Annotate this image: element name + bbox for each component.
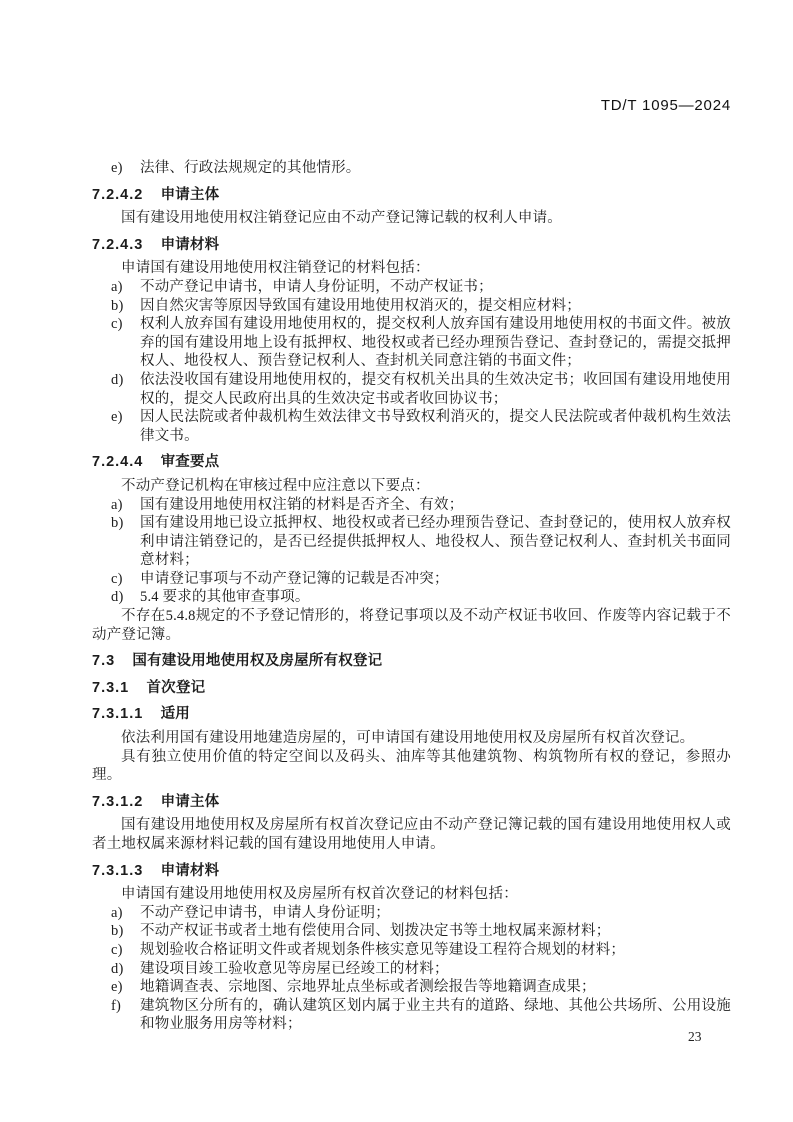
- list-item: a) 不动产登记申请书，申请人身份证明；: [92, 904, 731, 923]
- section-number: 7.3.1.3: [92, 863, 143, 879]
- list-item: a) 国有建设用地使用权注销的材料是否齐全、有效；: [92, 496, 731, 515]
- section-number: 7.2.4.2: [92, 187, 143, 203]
- list-item: c) 规划验收合格证明文件或者规划条件核实意见等建设工程符合规划的材料；: [92, 941, 731, 960]
- section-title: 申请主体: [161, 794, 220, 810]
- list-item-label: c): [111, 315, 123, 334]
- list-item-text: 规划验收合格证明文件或者规划条件核实意见等建设工程符合规划的材料；: [140, 942, 625, 958]
- section-heading-7-2-4-2: 7.2.4.2 申请主体: [92, 186, 731, 205]
- list-item-text: 因人民法院或者仲裁机构生效法律文书导致权利消灭的，提交人民法院或者仲裁机构生效法…: [140, 409, 731, 444]
- list-item: c) 权利人放弃国有建设用地使用权的，提交权利人放弃国有建设用地使用权的书面文件…: [92, 315, 731, 371]
- section-title: 申请材料: [161, 237, 220, 253]
- paragraph: 申请国有建设用地使用权及房屋所有权首次登记的材料包括：: [92, 885, 731, 904]
- list-item-label: b): [111, 922, 123, 941]
- list-item-label: d): [111, 960, 123, 979]
- list-item-text: 5.4 要求的其他审查事项。: [140, 589, 310, 605]
- list-item-text: 依法没收国有建设用地使用权的，提交有权机关出具的生效决定书；收回国有建设用地使用…: [140, 372, 731, 407]
- section-heading-7-2-4-3: 7.2.4.3 申请材料: [92, 236, 731, 255]
- section-heading-7-3: 7.3 国有建设用地使用权及房屋所有权登记: [92, 652, 731, 671]
- list-item-text: 地籍调查表、宗地图、宗地界址点坐标或者测绘报告等地籍调查成果；: [140, 979, 596, 995]
- doc-code-header: TD/T 1095—2024: [601, 97, 731, 114]
- paragraph: 国有建设用地使用权及房屋所有权首次登记应由不动产登记簿记载的国有建设用地使用权人…: [92, 816, 731, 853]
- list-item-text: 国有建设用地已设立抵押权、地役权或者已经办理预告登记、查封登记的，使用权人放弃权…: [140, 515, 731, 568]
- list-item-text: 建设项目竣工验收意见等房屋已经竣工的材料；: [140, 961, 449, 977]
- section-title: 审查要点: [161, 454, 220, 470]
- list-item: e) 地籍调查表、宗地图、宗地界址点坐标或者测绘报告等地籍调查成果；: [92, 978, 731, 997]
- list-item: c) 申请登记事项与不动产登记簿的记载是否冲突；: [92, 570, 731, 589]
- list-item: b) 不动产权证书或者土地有偿使用合同、划拨决定书等土地权属来源材料；: [92, 922, 731, 941]
- list-item: b) 国有建设用地已设立抵押权、地役权或者已经办理预告登记、查封登记的，使用权人…: [92, 514, 731, 570]
- section-heading-7-3-1-3: 7.3.1.3 申请材料: [92, 862, 731, 881]
- list-item-label: e): [111, 159, 123, 178]
- list-item-text: 申请登记事项与不动产登记簿的记载是否冲突；: [140, 571, 449, 587]
- document-page: TD/T 1095—2024 e) 法律、行政法规规定的其他情形。 7.2.4.…: [0, 0, 793, 1122]
- section-number: 7.3: [92, 653, 115, 669]
- review-points-list-7-2-4-4: a) 国有建设用地使用权注销的材料是否齐全、有效； b) 国有建设用地已设立抵押…: [92, 496, 731, 608]
- list-item-text: 权利人放弃国有建设用地使用权的，提交权利人放弃国有建设用地使用权的书面文件。被放…: [140, 316, 731, 369]
- section-number: 7.3.1: [92, 680, 129, 696]
- paragraph: 不存在5.4.8规定的不予登记情形的，将登记事项以及不动产权证书收回、作废等内容…: [92, 607, 731, 644]
- list-item-text: 不动产登记申请书，申请人身份证明；: [140, 905, 390, 921]
- list-item: e) 法律、行政法规规定的其他情形。: [92, 159, 731, 178]
- list-item-text: 国有建设用地使用权注销的材料是否齐全、有效；: [140, 497, 463, 513]
- section-heading-7-3-1-2: 7.3.1.2 申请主体: [92, 793, 731, 812]
- list-item-label: c): [111, 570, 123, 589]
- list-item-label: e): [111, 408, 123, 427]
- section-title: 首次登记: [146, 680, 205, 696]
- list-item: b) 因自然灾害等原因导致国有建设用地使用权消灭的，提交相应材料；: [92, 297, 731, 316]
- materials-list-7-3-1-3: a) 不动产登记申请书，申请人身份证明； b) 不动产权证书或者土地有偿使用合同…: [92, 904, 731, 1034]
- paragraph: 依法利用国有建设用地建造房屋的，可申请国有建设用地使用权及房屋所有权首次登记。: [92, 729, 731, 748]
- materials-list-7-2-4-3: a) 不动产登记申请书，申请人身份证明，不动产权证书； b) 因自然灾害等原因导…: [92, 278, 731, 445]
- list-item-label: a): [111, 496, 123, 515]
- paragraph: 具有独立使用价值的特定空间以及码头、油库等其他建筑物、构筑物所有权的登记，参照办…: [92, 748, 731, 785]
- list-item-label: b): [111, 514, 123, 533]
- paragraph: 不动产登记机构在审核过程中应注意以下要点：: [92, 477, 731, 496]
- list-item: f) 建筑物区分所有的，确认建筑区划内属于业主共有的道路、绿地、其他公共场所、公…: [92, 997, 731, 1034]
- list-item: a) 不动产登记申请书，申请人身份证明，不动产权证书；: [92, 278, 731, 297]
- section-title: 适用: [161, 706, 190, 722]
- list-item-text: 建筑物区分所有的，确认建筑区划内属于业主共有的道路、绿地、其他公共场所、公用设施…: [140, 998, 731, 1033]
- list-item-label: b): [111, 297, 123, 316]
- list-item-label: c): [111, 941, 123, 960]
- list-item: e) 因人民法院或者仲裁机构生效法律文书导致权利消灭的，提交人民法院或者仲裁机构…: [92, 408, 731, 445]
- list-item-text: 不动产登记申请书，申请人身份证明，不动产权证书；: [140, 279, 493, 295]
- list-item-label: e): [111, 978, 123, 997]
- list-item-label: a): [111, 904, 123, 923]
- section-number: 7.3.1.1: [92, 706, 143, 722]
- page-body: e) 法律、行政法规规定的其他情形。 7.2.4.2 申请主体 国有建设用地使用…: [92, 159, 731, 1034]
- section-number: 7.2.4.3: [92, 237, 143, 253]
- section-heading-7-3-1: 7.3.1 首次登记: [92, 679, 731, 698]
- list-item-label: a): [111, 278, 123, 297]
- page-number: 23: [688, 1029, 702, 1045]
- list-item-text: 因自然灾害等原因导致国有建设用地使用权消灭的，提交相应材料；: [140, 298, 581, 314]
- section-heading-7-3-1-1: 7.3.1.1 适用: [92, 705, 731, 724]
- section-number: 7.2.4.4: [92, 454, 143, 470]
- list-item: d) 建设项目竣工验收意见等房屋已经竣工的材料；: [92, 960, 731, 979]
- section-number: 7.3.1.2: [92, 794, 143, 810]
- list-item-label: d): [111, 588, 123, 607]
- list-item-label: f): [111, 997, 121, 1016]
- list-item-text: 不动产权证书或者土地有偿使用合同、划拨决定书等土地权属来源材料；: [140, 923, 610, 939]
- list-item: d) 依法没收国有建设用地使用权的，提交有权机关出具的生效决定书；收回国有建设用…: [92, 371, 731, 408]
- section-title: 申请材料: [161, 863, 220, 879]
- section-title: 申请主体: [161, 187, 220, 203]
- list-continued: e) 法律、行政法规规定的其他情形。: [92, 159, 731, 178]
- section-title: 国有建设用地使用权及房屋所有权登记: [132, 653, 382, 669]
- paragraph: 申请国有建设用地使用权注销登记的材料包括：: [92, 259, 731, 278]
- list-item-text: 法律、行政法规规定的其他情形。: [140, 160, 361, 176]
- list-item-label: d): [111, 371, 123, 390]
- section-heading-7-2-4-4: 7.2.4.4 审查要点: [92, 453, 731, 472]
- paragraph: 国有建设用地使用权注销登记应由不动产登记簿记载的权利人申请。: [92, 209, 731, 228]
- list-item: d) 5.4 要求的其他审查事项。: [92, 588, 731, 607]
